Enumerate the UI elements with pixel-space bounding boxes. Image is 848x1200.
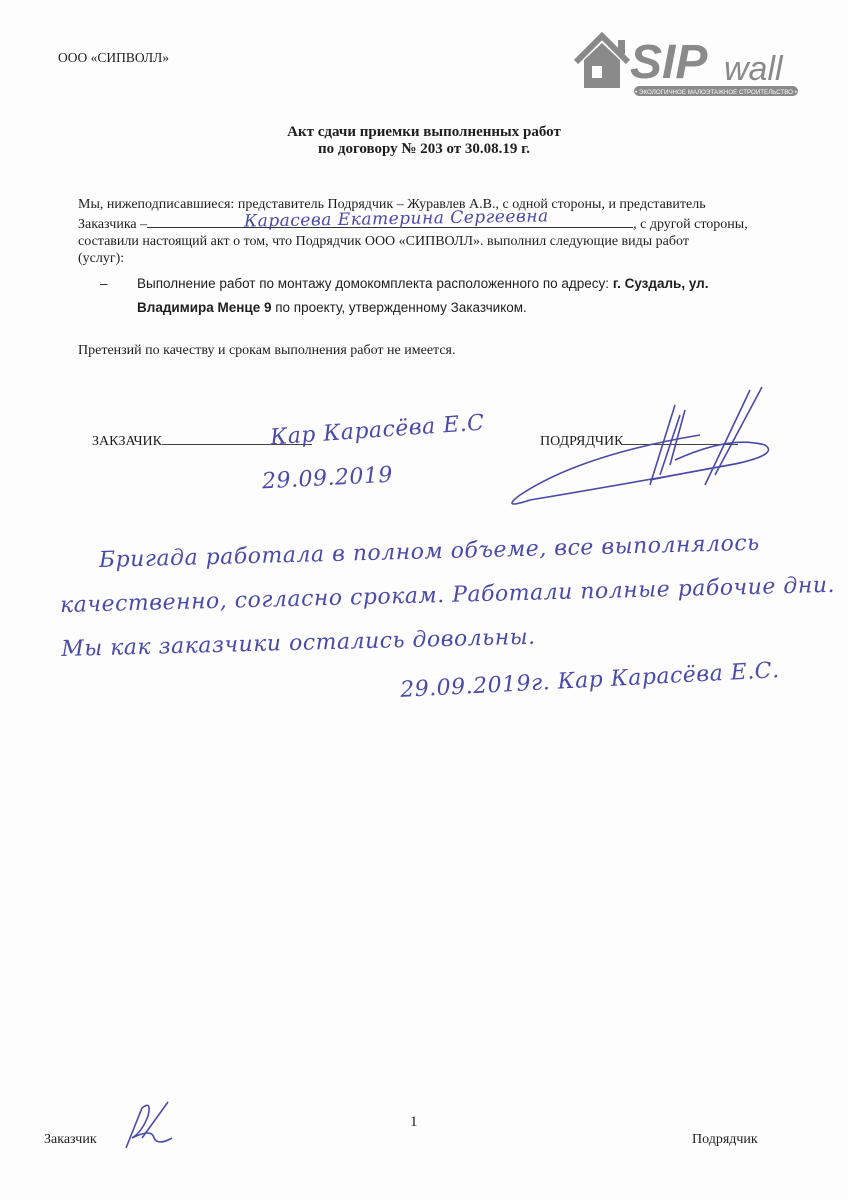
title-line-2: по договору № 203 от 30.08.19 г.	[0, 141, 848, 158]
intro-line-4: (услуг):	[78, 250, 788, 267]
work-item-text-start: Выполнение работ по монтажу домокомплект…	[137, 276, 613, 291]
title-line-1: Акт сдачи приемки выполненных работ	[0, 124, 848, 141]
house-icon: SIP wall • ЭКОЛОГИЧНОЕ МАЛОЭТАЖНОЕ СТРОИ…	[572, 26, 804, 102]
customer-signature-label: ЗАКЗАЧИК	[92, 434, 162, 449]
intro-paragraph: Мы, нижеподписавшиеся: представитель Под…	[78, 196, 788, 267]
company-name: ООО «СИПВОЛЛ»	[58, 50, 169, 66]
work-item: – Выполнение работ по монтажу домокомпле…	[100, 272, 780, 320]
svg-text:SIP: SIP	[630, 36, 708, 89]
footer-contractor-label: Подрядчик	[692, 1132, 758, 1148]
document-title: Акт сдачи приемки выполненных работ по д…	[0, 124, 848, 158]
work-item-text: Выполнение работ по монтажу домокомплект…	[137, 272, 780, 320]
svg-text:• ЭКОЛОГИЧНОЕ МАЛОЭТАЖНОЕ СТРО: • ЭКОЛОГИЧНОЕ МАЛОЭТАЖНОЕ СТРОИТЕЛЬСТВО …	[635, 89, 797, 96]
page-number: 1	[410, 1114, 418, 1131]
intro-line-2-suffix: , с другой стороны,	[633, 217, 748, 232]
footer-customer-label: Заказчик	[44, 1132, 97, 1148]
sipwall-logo: SIP wall • ЭКОЛОГИЧНОЕ МАЛОЭТАЖНОЕ СТРОИ…	[572, 26, 804, 102]
handwritten-review-note: Бригада работала в полном объеме, все вы…	[58, 520, 831, 672]
customer-signature-date: 29.09.2019	[261, 463, 393, 495]
svg-text:wall: wall	[724, 50, 784, 88]
bullet-dash: –	[100, 272, 108, 296]
work-item-text-end: по проекту, утвержденному Заказчиком.	[271, 300, 526, 315]
address-part-2: Владимира Менце 9	[137, 300, 271, 315]
contractor-signature-scribble	[500, 375, 800, 525]
footer-customer-initials-signature	[112, 1098, 182, 1154]
note-signoff: 29.09.2019г. Кар Карасёва Е.С.	[400, 658, 781, 703]
intro-line-3: составили настоящий акт о том, что Подря…	[78, 233, 788, 250]
no-claims-statement: Претензий по качеству и срокам выполнени…	[78, 343, 455, 359]
address-part-1: г. Суздаль, ул.	[613, 276, 709, 291]
customer-label: Заказчика –	[78, 217, 147, 232]
customer-signature: Кар Карасёва Е.С	[269, 411, 485, 451]
